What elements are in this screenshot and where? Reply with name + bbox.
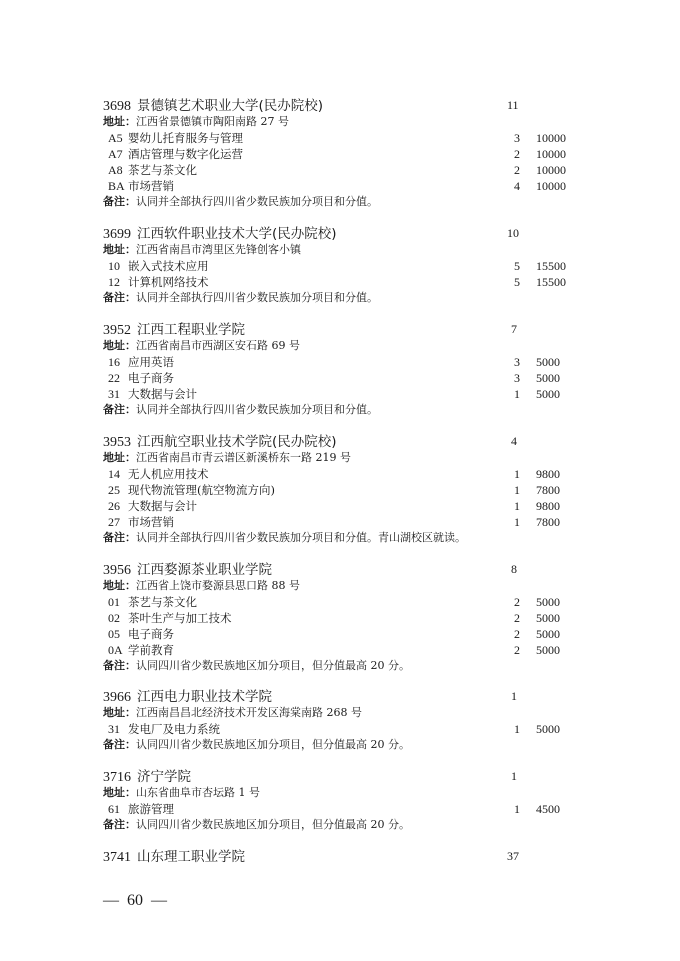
school-name: 山东理工职业学院 (137, 849, 245, 865)
school-code: 3956 (103, 563, 131, 578)
school-address: 地址：江西省景德镇市陶阳南路 27 号 (103, 115, 289, 129)
major-count: 2 (514, 163, 520, 178)
major-count: 1 (514, 483, 520, 498)
major-row: 0A学前教育 (108, 643, 174, 658)
school-address: 地址：山东省曲阜市杏坛路 1 号 (103, 786, 260, 800)
major-row: 12计算机网络技术 (108, 275, 209, 290)
major-name: 旅游管理 (128, 802, 174, 816)
note-label: 备注： (103, 659, 136, 672)
major-name: 电子商务 (128, 627, 174, 641)
footer-dash-right: — (151, 892, 167, 909)
school-name: 景德镇艺术职业大学(民办院校) (137, 98, 323, 114)
address-label: 地址： (103, 786, 136, 799)
footer-dash-left: — (103, 892, 119, 909)
major-fee: 10000 (536, 179, 566, 194)
school-name: 济宁学院 (137, 769, 191, 785)
major-code: 02 (108, 611, 128, 626)
school-code: 3716 (103, 770, 131, 785)
school-name: 江西航空职业技术学院(民办院校) (137, 434, 337, 450)
school-header: 3741山东理工职业学院 (103, 849, 245, 866)
major-name: 学前教育 (128, 643, 174, 657)
school-note: 备注：认同并全部执行四川省少数民族加分项目和分值。 (103, 291, 378, 305)
note-text: 认同并全部执行四川省少数民族加分项目和分值。 (136, 195, 378, 208)
major-row: 31发电厂及电力系统 (108, 722, 220, 737)
major-code: 12 (108, 275, 128, 290)
school-code: 3698 (103, 99, 131, 114)
school-header: 3952江西工程职业学院 (103, 322, 245, 339)
major-name: 发电厂及电力系统 (128, 722, 220, 736)
major-code: 22 (108, 371, 128, 386)
school-header: 3953江西航空职业技术学院(民办院校) (103, 434, 337, 451)
major-fee: 5000 (536, 355, 560, 370)
major-name: 大数据与会计 (128, 499, 197, 513)
school-address: 地址：江西省南昌市青云谱区新溪桥东一路 219 号 (103, 451, 351, 465)
address-label: 地址： (103, 339, 136, 352)
school-name: 江西电力职业技术学院 (137, 689, 272, 705)
school-header: 3698景德镇艺术职业大学(民办院校) (103, 98, 323, 115)
major-fee: 9800 (536, 467, 560, 482)
major-name: 无人机应用技术 (128, 467, 209, 481)
major-code: 25 (108, 483, 128, 498)
major-row: A8茶艺与茶文化 (108, 163, 197, 178)
major-fee: 7800 (536, 483, 560, 498)
major-count: 3 (514, 371, 520, 386)
school-header: 3716济宁学院 (103, 769, 191, 786)
major-code: 31 (108, 387, 128, 402)
school-total: 7 (511, 322, 517, 337)
major-row: 27市场营销 (108, 515, 174, 530)
major-row: 61旅游管理 (108, 802, 174, 817)
major-count: 1 (514, 467, 520, 482)
major-fee: 10000 (536, 131, 566, 146)
note-text: 认同并全部执行四川省少数民族加分项目和分值。 (136, 291, 378, 304)
major-count: 2 (514, 147, 520, 162)
school-code: 3699 (103, 227, 131, 242)
address-text: 江西省上饶市婺源县思口路 88 号 (136, 579, 300, 592)
major-count: 2 (514, 595, 520, 610)
note-text: 认同四川省少数民族地区加分项目，但分值最高 20 分。 (136, 659, 410, 672)
major-code: 16 (108, 355, 128, 370)
major-fee: 5000 (536, 611, 560, 626)
major-count: 1 (514, 722, 520, 737)
major-fee: 5000 (536, 722, 560, 737)
note-label: 备注： (103, 531, 136, 544)
major-code: BA (108, 179, 128, 194)
major-fee: 5000 (536, 371, 560, 386)
major-fee: 5000 (536, 595, 560, 610)
address-label: 地址： (103, 451, 136, 464)
school-address: 地址：江西南昌昌北经济技术开发区海棠南路 268 号 (103, 706, 362, 720)
address-text: 江西南昌昌北经济技术开发区海棠南路 268 号 (136, 706, 362, 719)
major-row: 05电子商务 (108, 627, 174, 642)
major-code: A7 (108, 147, 128, 162)
school-code: 3953 (103, 435, 131, 450)
school-code: 3966 (103, 690, 131, 705)
major-name: 计算机网络技术 (128, 275, 209, 289)
major-count: 1 (514, 387, 520, 402)
school-header: 3699江西软件职业技术大学(民办院校) (103, 226, 337, 243)
note-text: 认同并全部执行四川省少数民族加分项目和分值。 (136, 403, 378, 416)
major-count: 4 (514, 179, 520, 194)
page-number: 60 (127, 892, 143, 909)
school-total: 11 (507, 98, 519, 113)
major-fee: 5000 (536, 387, 560, 402)
address-text: 江西省南昌市湾里区先锋创客小镇 (136, 243, 301, 256)
major-name: 大数据与会计 (128, 387, 197, 401)
note-text: 认同四川省少数民族地区加分项目，但分值最高 20 分。 (136, 738, 410, 751)
address-label: 地址： (103, 243, 136, 256)
major-fee: 10000 (536, 163, 566, 178)
major-name: 婴幼儿托育服务与管理 (128, 131, 243, 145)
major-name: 嵌入式技术应用 (128, 259, 209, 273)
note-label: 备注： (103, 291, 136, 304)
major-code: 14 (108, 467, 128, 482)
major-row: 26大数据与会计 (108, 499, 197, 514)
school-code: 3741 (103, 850, 131, 865)
school-name: 江西软件职业技术大学(民办院校) (137, 226, 337, 242)
school-note: 备注：认同并全部执行四川省少数民族加分项目和分值。 (103, 403, 378, 417)
school-header: 3966江西电力职业技术学院 (103, 689, 272, 706)
major-code: 27 (108, 515, 128, 530)
major-count: 1 (514, 499, 520, 514)
major-count: 2 (514, 627, 520, 642)
school-address: 地址：江西省南昌市湾里区先锋创客小镇 (103, 243, 301, 257)
page-footer: — 60 — (103, 892, 167, 910)
major-row: 01茶艺与茶文化 (108, 595, 197, 610)
address-label: 地址： (103, 579, 136, 592)
major-row: A7酒店管理与数字化运营 (108, 147, 243, 162)
major-fee: 15500 (536, 275, 566, 290)
major-name: 茶艺与茶文化 (128, 595, 197, 609)
major-row: A5婴幼儿托育服务与管理 (108, 131, 243, 146)
address-text: 江西省南昌市青云谱区新溪桥东一路 219 号 (136, 451, 351, 464)
major-row: 22电子商务 (108, 371, 174, 386)
major-row: 10嵌入式技术应用 (108, 259, 209, 274)
major-name: 茶叶生产与加工技术 (128, 611, 232, 625)
major-name: 市场营销 (128, 179, 174, 193)
note-label: 备注： (103, 818, 136, 831)
school-total: 4 (511, 434, 517, 449)
major-row: BA市场营销 (108, 179, 174, 194)
school-note: 备注：认同并全部执行四川省少数民族加分项目和分值。 (103, 195, 378, 209)
school-total: 10 (507, 226, 519, 241)
major-row: 14无人机应用技术 (108, 467, 209, 482)
major-fee: 4500 (536, 802, 560, 817)
major-code: 05 (108, 627, 128, 642)
school-note: 备注：认同并全部执行四川省少数民族加分项目和分值。青山湖校区就读。 (103, 531, 466, 545)
major-code: 26 (108, 499, 128, 514)
major-name: 酒店管理与数字化运营 (128, 147, 243, 161)
major-count: 5 (514, 259, 520, 274)
major-code: 61 (108, 802, 128, 817)
major-row: 31大数据与会计 (108, 387, 197, 402)
school-note: 备注：认同四川省少数民族地区加分项目，但分值最高 20 分。 (103, 738, 410, 752)
major-row: 02茶叶生产与加工技术 (108, 611, 232, 626)
major-fee: 5000 (536, 643, 560, 658)
school-address: 地址：江西省南昌市西湖区安石路 69 号 (103, 339, 300, 353)
major-fee: 9800 (536, 499, 560, 514)
major-fee: 10000 (536, 147, 566, 162)
major-name: 市场营销 (128, 515, 174, 529)
major-code: A8 (108, 163, 128, 178)
major-code: 01 (108, 595, 128, 610)
school-address: 地址：江西省上饶市婺源县思口路 88 号 (103, 579, 300, 593)
note-text: 认同四川省少数民族地区加分项目，但分值最高 20 分。 (136, 818, 410, 831)
major-code: 31 (108, 722, 128, 737)
major-count: 2 (514, 611, 520, 626)
major-count: 5 (514, 275, 520, 290)
major-count: 3 (514, 355, 520, 370)
major-code: A5 (108, 131, 128, 146)
address-text: 山东省曲阜市杏坛路 1 号 (136, 786, 260, 799)
major-row: 25现代物流管理(航空物流方向) (108, 483, 275, 498)
major-count: 1 (514, 802, 520, 817)
address-label: 地址： (103, 115, 136, 128)
school-note: 备注：认同四川省少数民族地区加分项目，但分值最高 20 分。 (103, 818, 410, 832)
school-total: 1 (511, 769, 517, 784)
school-code: 3952 (103, 323, 131, 338)
school-total: 37 (507, 849, 519, 864)
school-total: 8 (511, 562, 517, 577)
note-text: 认同并全部执行四川省少数民族加分项目和分值。青山湖校区就读。 (136, 531, 466, 544)
school-header: 3956江西婺源茶业职业学院 (103, 562, 272, 579)
note-label: 备注： (103, 195, 136, 208)
school-note: 备注：认同四川省少数民族地区加分项目，但分值最高 20 分。 (103, 659, 410, 673)
school-name: 江西工程职业学院 (137, 322, 245, 338)
note-label: 备注： (103, 738, 136, 751)
major-code: 0A (108, 643, 128, 658)
address-label: 地址： (103, 706, 136, 719)
major-name: 应用英语 (128, 355, 174, 369)
major-count: 2 (514, 643, 520, 658)
major-count: 1 (514, 515, 520, 530)
major-count: 3 (514, 131, 520, 146)
address-text: 江西省南昌市西湖区安石路 69 号 (136, 339, 300, 352)
major-code: 10 (108, 259, 128, 274)
major-row: 16应用英语 (108, 355, 174, 370)
major-name: 茶艺与茶文化 (128, 163, 197, 177)
note-label: 备注： (103, 403, 136, 416)
school-name: 江西婺源茶业职业学院 (137, 562, 272, 578)
major-fee: 5000 (536, 627, 560, 642)
school-total: 1 (511, 689, 517, 704)
major-fee: 7800 (536, 515, 560, 530)
major-name: 现代物流管理(航空物流方向) (128, 483, 275, 497)
major-fee: 15500 (536, 259, 566, 274)
address-text: 江西省景德镇市陶阳南路 27 号 (136, 115, 289, 128)
major-name: 电子商务 (128, 371, 174, 385)
